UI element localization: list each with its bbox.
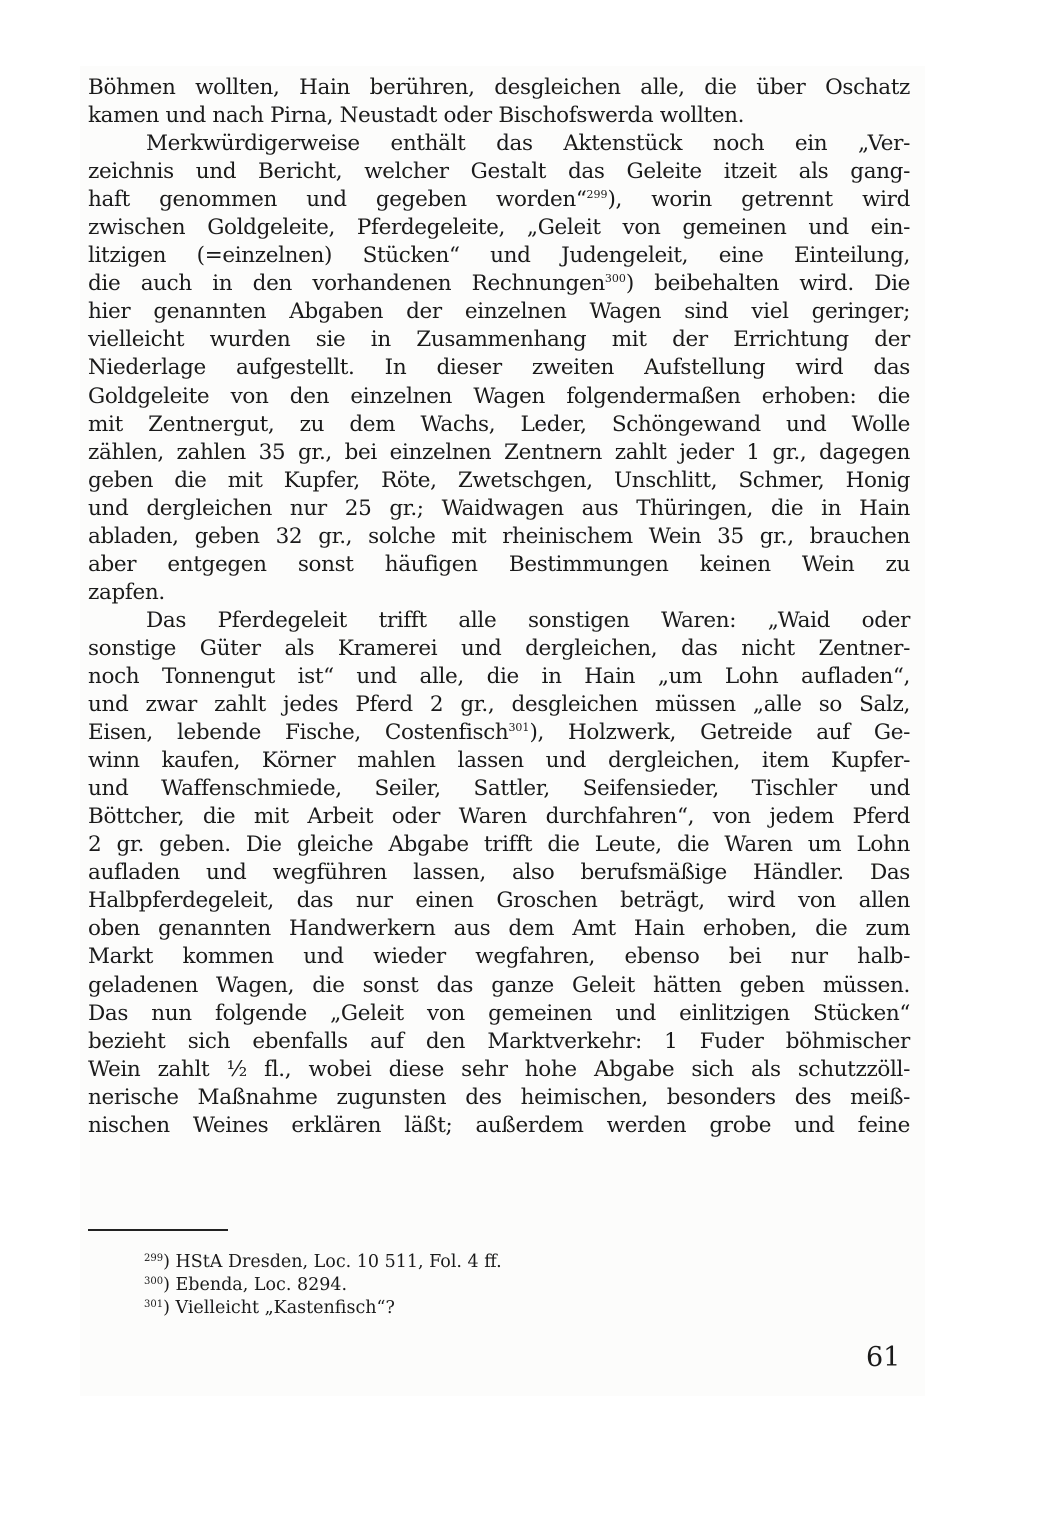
text-line: zeichnis und Bericht, welcher Gestalt da…: [88, 158, 910, 186]
page-number: 61: [866, 1342, 900, 1373]
text-segment: die auch in den vorhandenen Rechnungen: [88, 271, 605, 296]
text-line: und dergleichen nur 25 gr.; Waidwagen au…: [88, 495, 910, 523]
text-line: hier genannten Abgaben der einzelnen Wag…: [88, 298, 910, 326]
text-line: und zwar zahlt jedes Pferd 2 gr., desgle…: [88, 691, 910, 719]
text-line: nerische Maßnahme zugunsten des heimisch…: [88, 1084, 910, 1112]
text-line: 2 gr. geben. Die gleiche Abgabe trifft d…: [88, 831, 910, 859]
body-text: Böhmen wollten, Hain berühren, desgleich…: [88, 74, 910, 1140]
text-line: kamen und nach Pirna, Neustadt oder Bisc…: [88, 102, 910, 130]
text-line: Wein zahlt ½ fl., wobei diese sehr hohe …: [88, 1056, 910, 1084]
text-line: sonstige Güter als Kramerei und dergleic…: [88, 635, 910, 663]
text-segment: Eisen, lebende Fische, Costenfisch: [88, 720, 508, 745]
text-line: Eisen, lebende Fische, Costenfisch301), …: [88, 719, 910, 747]
text-line: litzigen (=einzelnen) Stücken“ und Juden…: [88, 242, 910, 270]
text-line: Goldgeleite von den einzelnen Wagen folg…: [88, 383, 910, 411]
text-line: Das nun folgende „Geleit von gemeinen un…: [88, 1000, 910, 1028]
footnote-300: 300) Ebenda, Loc. 8294.: [144, 1274, 502, 1297]
text-line: vielleicht wurden sie in Zusammenhang mi…: [88, 326, 910, 354]
text-line: zählen, zahlen 35 gr., bei einzelnen Zen…: [88, 439, 910, 467]
footnotes: 299) HStA Dresden, Loc. 10 511, Fol. 4 f…: [144, 1251, 502, 1320]
footnote-299: 299) HStA Dresden, Loc. 10 511, Fol. 4 f…: [144, 1251, 502, 1274]
footnote-mark: 299): [144, 1252, 170, 1272]
footnote-mark: 300): [144, 1275, 170, 1295]
text-line: winn kaufen, Körner mahlen lassen und de…: [88, 747, 910, 775]
footnote-text: HStA Dresden, Loc. 10 511, Fol. 4 ff.: [176, 1252, 502, 1272]
text-line: und Waffenschmiede, Seiler, Sattler, Sei…: [88, 775, 910, 803]
footnote-reference: 299: [587, 188, 608, 201]
text-line: noch Tonnengut ist“ und alle, die in Hai…: [88, 663, 910, 691]
footnote-mark: 301): [144, 1298, 170, 1318]
text-line: oben genannten Handwerkern aus dem Amt H…: [88, 915, 910, 943]
footnote-reference: 301: [508, 721, 529, 734]
text-line: Böhmen wollten, Hain berühren, desgleich…: [88, 74, 910, 102]
text-line: Merkwürdigerweise enthält das Aktenstück…: [88, 130, 910, 158]
text-line: aufladen und wegführen lassen, also beru…: [88, 859, 910, 887]
footnote-separator: [88, 1229, 228, 1231]
text-line: haft genommen und gegeben worden“299), w…: [88, 186, 910, 214]
text-line: aber entgegen sonst häufigen Bestimmunge…: [88, 551, 910, 579]
footnote-reference: 300: [605, 272, 626, 285]
text-line: die auch in den vorhandenen Rechnungen30…: [88, 270, 910, 298]
text-segment: haft genommen und gegeben worden“: [88, 187, 587, 212]
text-line: Das Pferdegeleit trifft alle sonstigen W…: [88, 607, 910, 635]
text-line: mit Zentnergut, zu dem Wachs, Leder, Sch…: [88, 411, 910, 439]
book-page: Böhmen wollten, Hain berühren, desgleich…: [0, 0, 1063, 1535]
text-segment: ), worin getrennt wird: [608, 187, 911, 212]
text-line: Niederlage aufgestellt. In dieser zweite…: [88, 354, 910, 382]
text-line: Markt kommen und wieder wegfahren, ebens…: [88, 943, 910, 971]
text-line: abladen, geben 32 gr., solche mit rheini…: [88, 523, 910, 551]
text-line: geben die mit Kupfer, Röte, Zwetschgen, …: [88, 467, 910, 495]
text-line: nischen Weines erklären läßt; außerdem w…: [88, 1112, 910, 1140]
text-line: zapfen.: [88, 579, 910, 607]
footnote-301: 301) Vielleicht „Kastenfisch“?: [144, 1297, 502, 1320]
footnote-text: Ebenda, Loc. 8294.: [176, 1275, 348, 1295]
footnote-text: Vielleicht „Kastenfisch“?: [176, 1298, 395, 1318]
text-line: Böttcher, die mit Arbeit oder Waren durc…: [88, 803, 910, 831]
text-line: Halbpferdegeleit, das nur einen Groschen…: [88, 887, 910, 915]
text-line: geladenen Wagen, die sonst das ganze Gel…: [88, 972, 910, 1000]
text-line: zwischen Goldgeleite, Pferdegeleite, „Ge…: [88, 214, 910, 242]
text-segment: ) beibehalten wird. Die: [626, 271, 910, 296]
text-segment: ), Holzwerk, Getreide auf Ge-: [529, 720, 910, 745]
text-line: bezieht sich ebenfalls auf den Marktverk…: [88, 1028, 910, 1056]
